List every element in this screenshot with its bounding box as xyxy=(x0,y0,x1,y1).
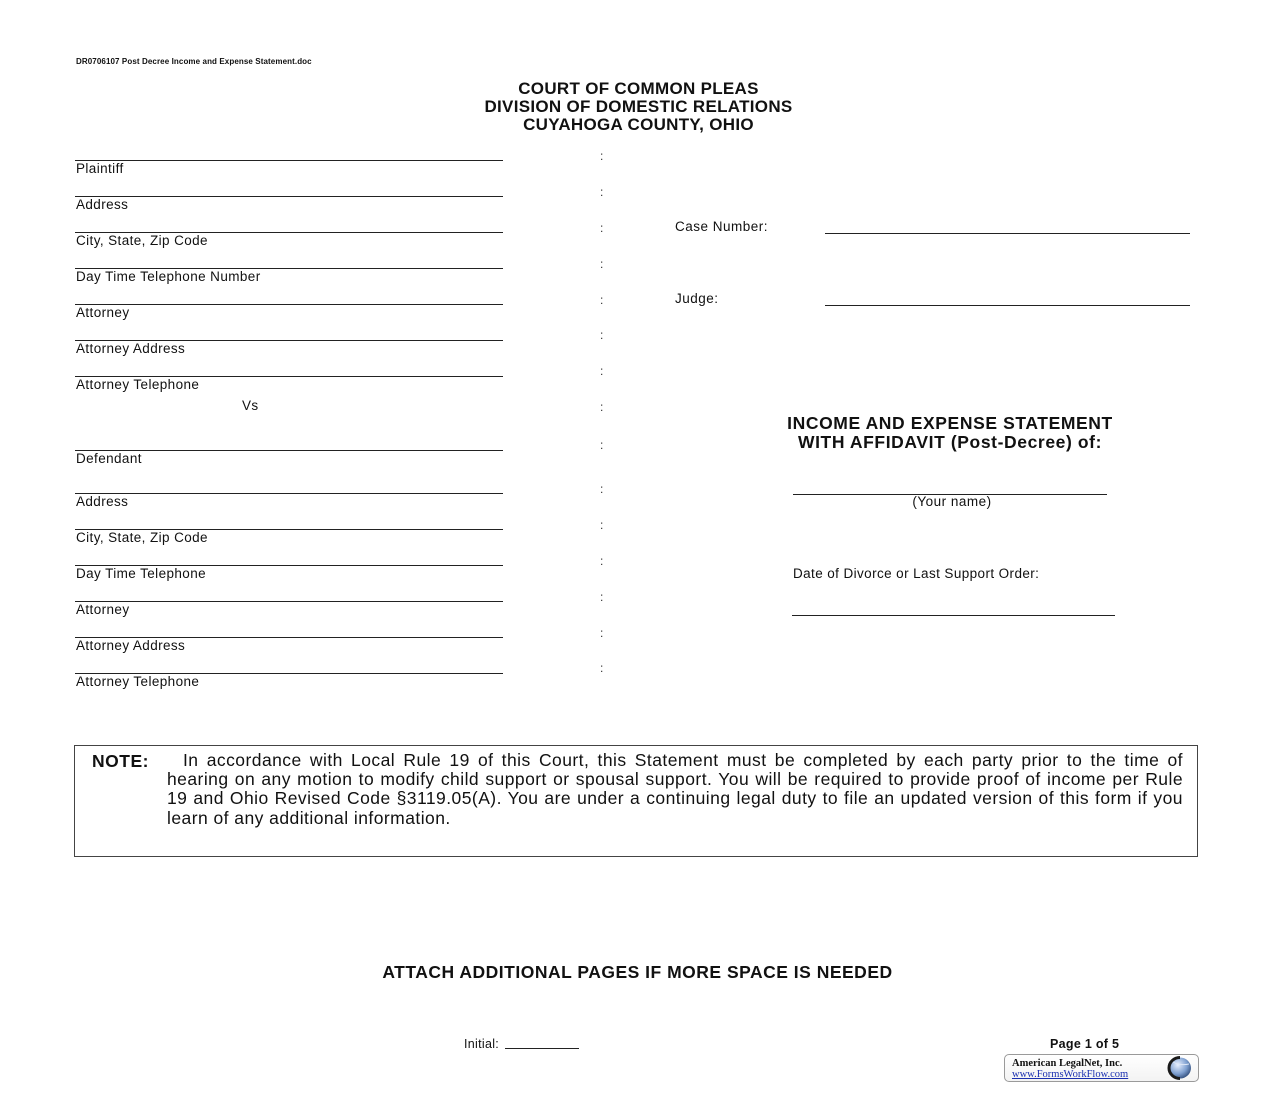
divorce-date-field[interactable] xyxy=(792,615,1115,616)
plaintiff-attorney-telephone-label: Attorney Telephone xyxy=(76,377,199,392)
initial-label: Initial: xyxy=(464,1037,499,1051)
attach-pages-notice: ATTACH ADDITIONAL PAGES IF MORE SPACE IS… xyxy=(0,962,1275,983)
page-number: Page 1 of 5 xyxy=(1050,1037,1119,1051)
versus-label: Vs xyxy=(242,398,259,413)
divorce-date-label: Date of Divorce or Last Support Order: xyxy=(793,566,1039,581)
plaintiff-address-label: Address xyxy=(76,197,128,212)
separator-colon: : xyxy=(600,258,603,270)
separator-colon: : xyxy=(600,222,603,234)
case-number-label: Case Number: xyxy=(675,219,768,234)
defendant-telephone-label: Day Time Telephone xyxy=(76,566,206,581)
note-box: NOTE: In accordance with Local Rule 19 o… xyxy=(74,745,1198,857)
defendant-address-label: Address xyxy=(76,494,128,509)
court-header-line-2: DIVISION OF DOMESTIC RELATIONS xyxy=(1,98,1275,116)
court-header: COURT OF COMMON PLEAS DIVISION OF DOMEST… xyxy=(0,80,1275,134)
judge-field[interactable] xyxy=(825,305,1190,306)
statement-title: INCOME AND EXPENSE STATEMENT WITH AFFIDA… xyxy=(690,414,1210,452)
separator-colon: : xyxy=(600,401,603,413)
defendant-attorney-telephone-label: Attorney Telephone xyxy=(76,674,199,689)
separator-colon: : xyxy=(600,627,603,639)
separator-colon: : xyxy=(600,591,603,603)
plaintiff-address-field[interactable] xyxy=(75,196,503,197)
judge-label: Judge: xyxy=(675,291,719,306)
initial-field[interactable] xyxy=(505,1048,579,1049)
note-label: NOTE: xyxy=(92,751,149,772)
plaintiff-attorney-field[interactable] xyxy=(75,304,503,305)
defendant-attorney-label: Attorney xyxy=(76,602,129,617)
defendant-attorney-field[interactable] xyxy=(75,601,503,602)
initial-block: Initial: xyxy=(464,1037,579,1051)
court-header-line-1: COURT OF COMMON PLEAS xyxy=(1,80,1275,98)
badge-company-name: American LegalNet, Inc. xyxy=(1012,1058,1122,1069)
defendant-attorney-address-label: Attorney Address xyxy=(76,638,185,653)
your-name-caption: (Your name) xyxy=(793,494,1111,509)
plaintiff-attorney-label: Attorney xyxy=(76,305,129,320)
globe-icon xyxy=(1161,1056,1195,1080)
separator-colon: : xyxy=(600,186,603,198)
plaintiff-attorney-address-label: Attorney Address xyxy=(76,341,185,356)
court-header-line-3: CUYAHOGA COUNTY, OHIO xyxy=(1,116,1275,134)
plaintiff-name-field[interactable] xyxy=(75,160,503,161)
separator-colon: : xyxy=(600,294,603,306)
defendant-label: Defendant xyxy=(76,451,142,466)
separator-colon: : xyxy=(600,555,603,567)
separator-colon: : xyxy=(600,519,603,531)
note-text: In accordance with Local Rule 19 of this… xyxy=(151,751,1183,828)
separator-colon: : xyxy=(600,150,603,162)
case-number-field[interactable] xyxy=(825,233,1190,234)
defendant-city-state-zip-label: City, State, Zip Code xyxy=(76,530,208,545)
separator-colon: : xyxy=(600,662,603,674)
plaintiff-telephone-label: Day Time Telephone Number xyxy=(76,269,261,284)
plaintiff-label: Plaintiff xyxy=(76,161,124,176)
document-file-name: DR0706107 Post Decree Income and Expense… xyxy=(76,57,312,66)
statement-title-line-2: WITH AFFIDAVIT (Post-Decree) of: xyxy=(690,433,1210,452)
plaintiff-city-state-zip-label: City, State, Zip Code xyxy=(76,233,208,248)
separator-colon: : xyxy=(600,329,603,341)
separator-colon: : xyxy=(600,365,603,377)
separator-colon: : xyxy=(600,483,603,495)
american-legalnet-badge[interactable]: American LegalNet, Inc. www.FormsWorkFlo… xyxy=(1004,1054,1199,1082)
separator-colon: : xyxy=(600,439,603,451)
defendant-address-field[interactable] xyxy=(75,493,503,494)
statement-title-line-1: INCOME AND EXPENSE STATEMENT xyxy=(690,414,1210,433)
badge-url-link[interactable]: www.FormsWorkFlow.com xyxy=(1012,1069,1128,1080)
